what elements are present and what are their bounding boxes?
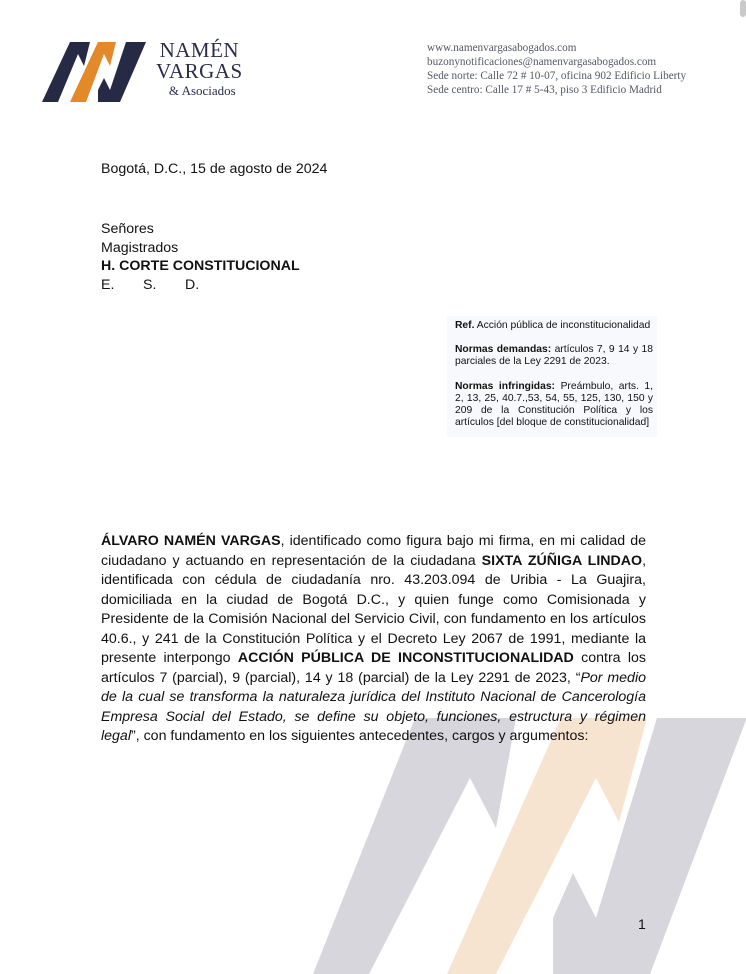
body-text-4: ”, con fundamento en los siguientes ante…: [131, 728, 588, 744]
reference-box: Ref. Acción pública de inconstitucionali…: [447, 316, 657, 437]
represented-name: SIXTA ZÚÑIGA LINDAO: [482, 553, 642, 569]
demandadas-label: Normas demandas:: [455, 344, 551, 355]
contact-info: www.namenvargasabogados.com buzonynotifi…: [427, 41, 686, 97]
page-number: 1: [638, 916, 646, 932]
addressee-esd: E.S.D.: [101, 276, 300, 295]
infringidas-label: Normas infringidas:: [455, 381, 555, 392]
petitioner-name: ÁLVARO NAMÉN VARGAS: [101, 533, 281, 549]
document-page: NAMÉN VARGAS & Asociados www.namenvargas…: [0, 0, 746, 974]
body-text-2: , identificada con cédula de ciudadanía …: [101, 553, 646, 667]
addressee-line1: Señores: [101, 220, 300, 239]
firm-name: NAMÉN VARGAS & Asociados: [156, 40, 243, 99]
esd-d: D.: [185, 276, 227, 295]
esd-e: E.: [101, 276, 143, 295]
letter-date: Bogotá, D.C., 15 de agosto de 2024: [101, 161, 327, 177]
addressee-line2: Magistrados: [101, 239, 300, 258]
website-link[interactable]: www.namenvargasabogados.com: [427, 41, 686, 55]
reference-subject: Ref. Acción pública de inconstitucionali…: [455, 320, 653, 332]
address-center: Sede centro: Calle 17 # 5-43, piso 3 Edi…: [427, 83, 686, 97]
email-link[interactable]: buzonynotificaciones@namenvargasabogados…: [427, 55, 686, 69]
address-north: Sede norte: Calle 72 # 10-07, oficina 90…: [427, 69, 686, 83]
addressee-court: H. CORTE CONSTITUCIONAL: [101, 257, 300, 276]
action-title: ACCIÓN PÚBLICA DE INCONSTITUCIONALIDAD: [238, 650, 574, 666]
firm-name-line1: NAMÉN: [156, 40, 243, 61]
ref-label: Ref.: [455, 320, 474, 331]
body-paragraph: ÁLVARO NAMÉN VARGAS, identificado como f…: [101, 532, 646, 747]
reference-infringed: Normas infringidas: Preámbulo, arts. 1, …: [455, 381, 653, 430]
esd-s: S.: [143, 276, 185, 295]
firm-name-line2: VARGAS: [156, 61, 243, 82]
firm-logo-icon: [42, 40, 146, 102]
scrollbar-thumb[interactable]: [740, 0, 746, 17]
addressee-block: Señores Magistrados H. CORTE CONSTITUCIO…: [101, 220, 300, 294]
reference-demanded: Normas demandas: artículos 7, 9 14 y 18 …: [455, 344, 653, 368]
firm-name-line3: & Asociados: [156, 83, 243, 99]
ref-text: Acción pública de inconstitucionalidad: [474, 320, 650, 331]
